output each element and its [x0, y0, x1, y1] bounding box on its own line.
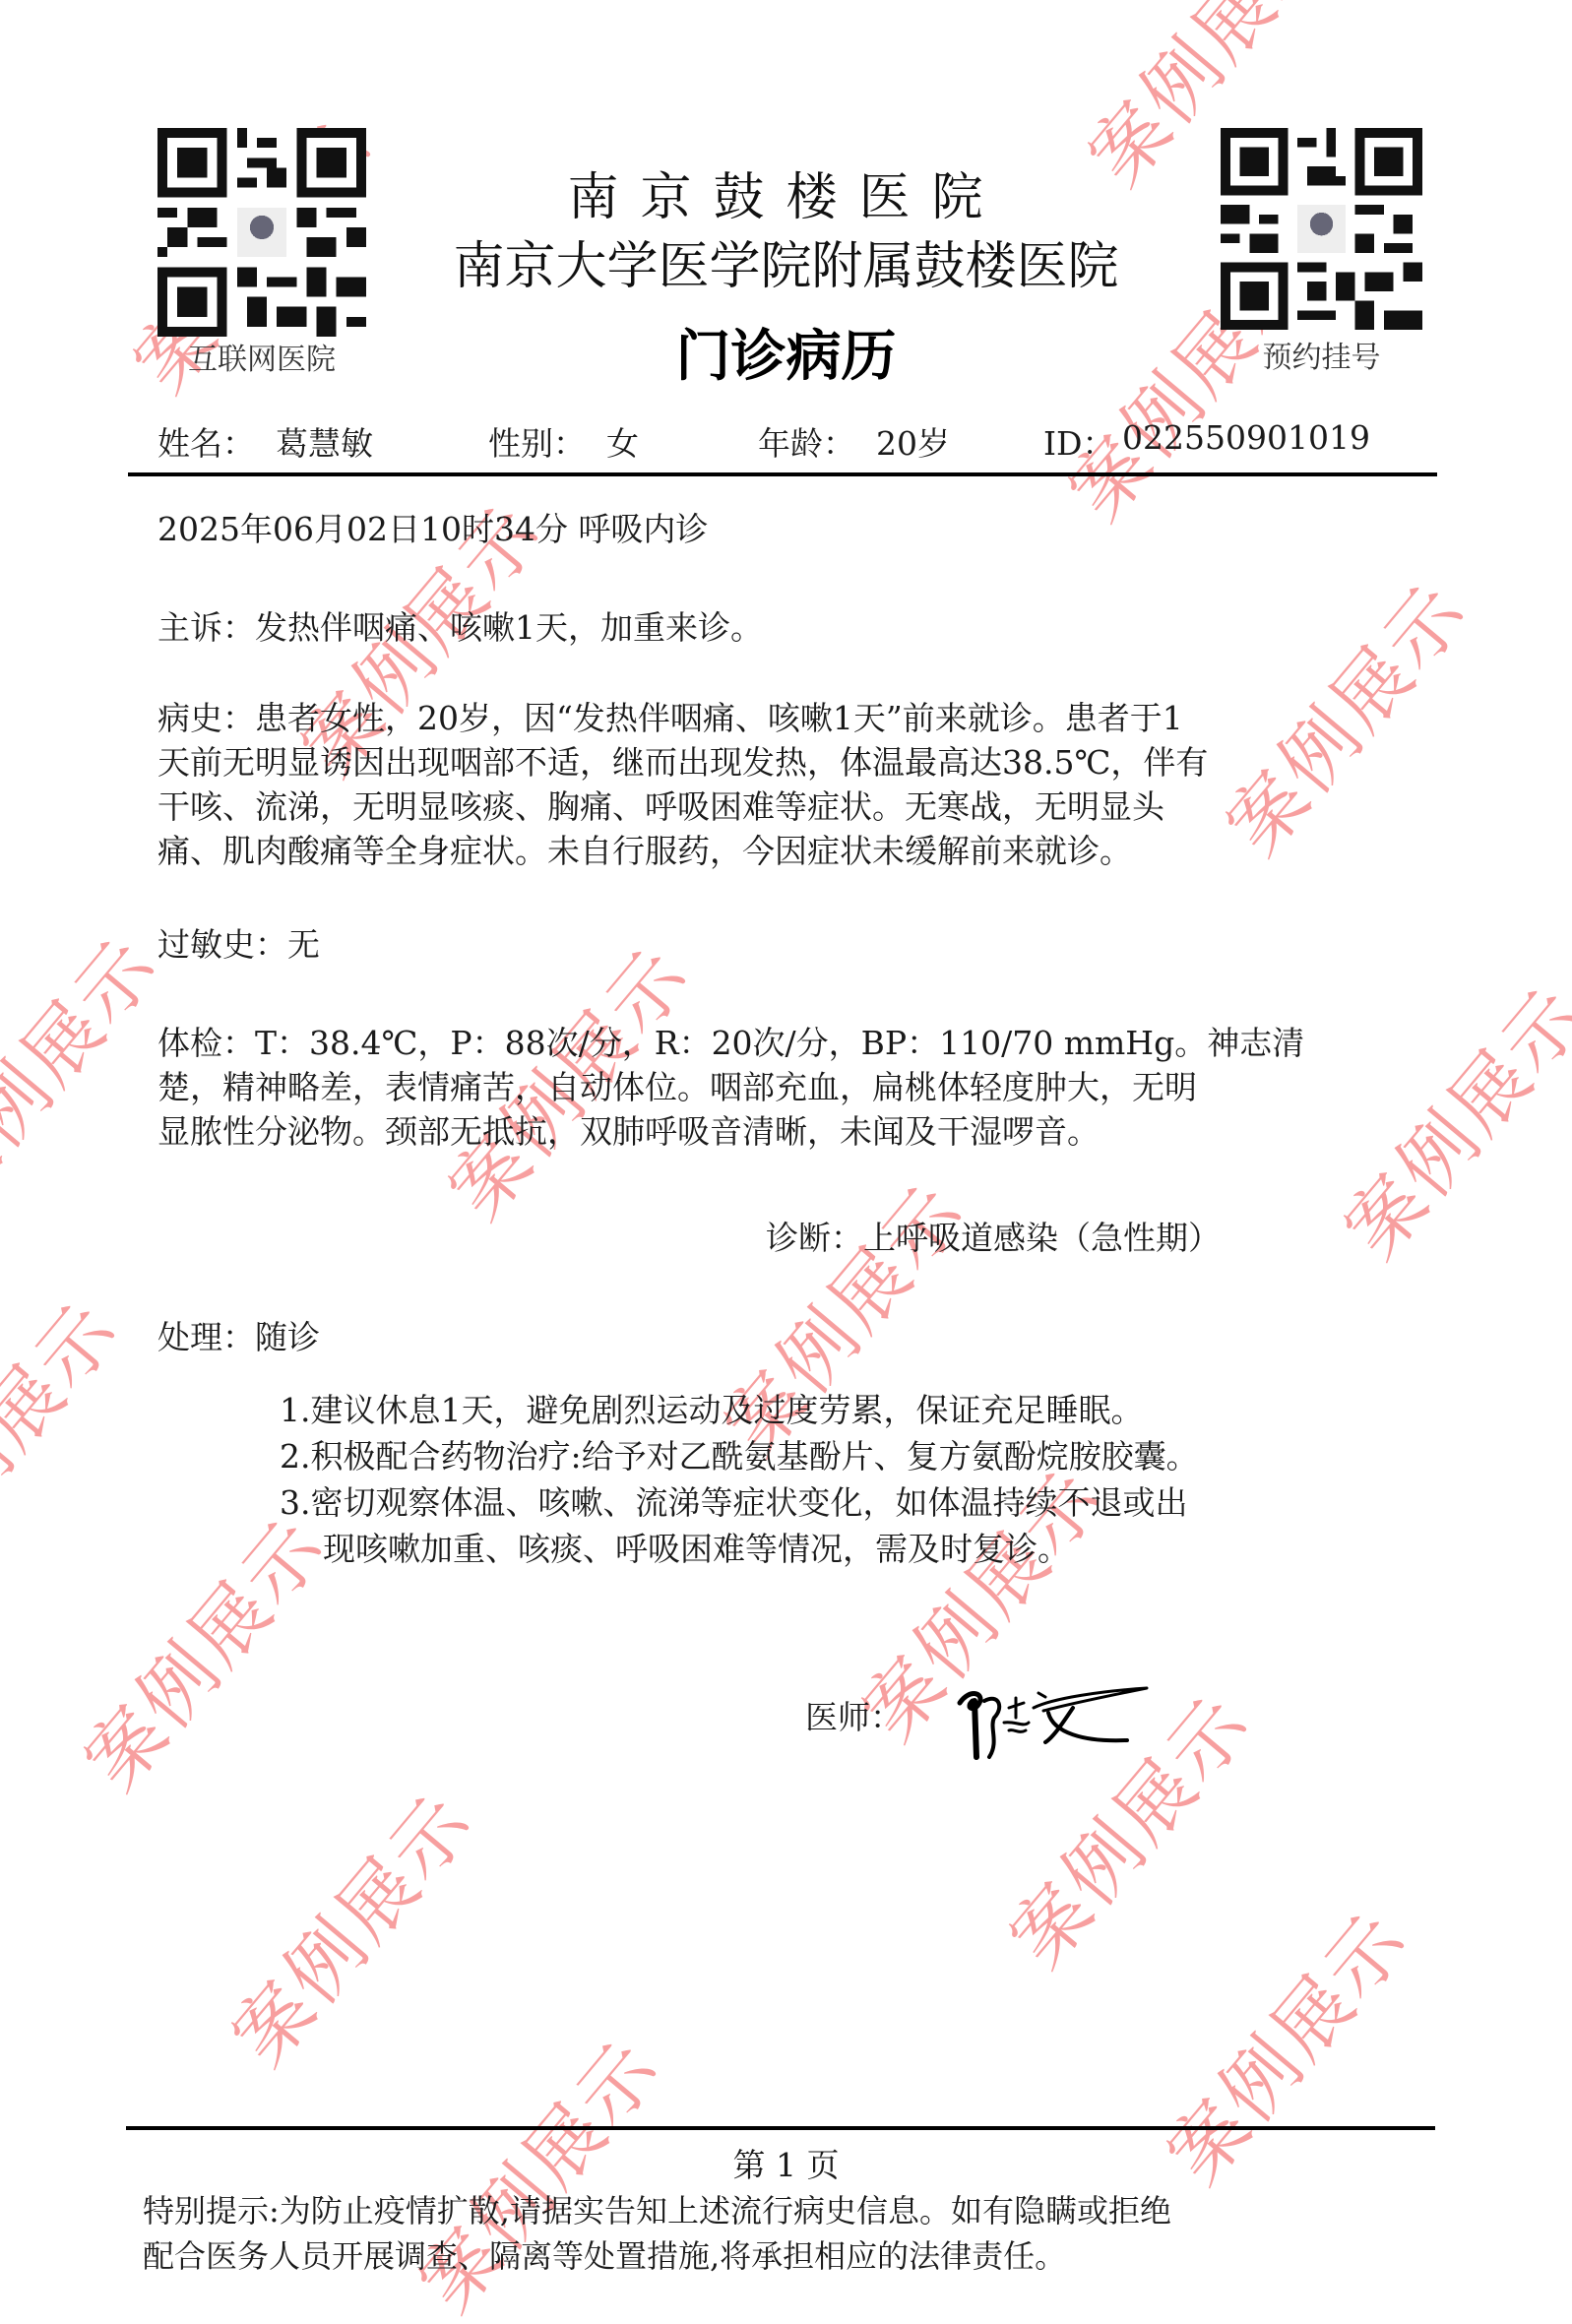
watermark: 案例展示	[203, 1766, 495, 2084]
notice-line: 配合医务人员开展调查、隔离等处置措施,将承担相应的法律责任。	[143, 2232, 1373, 2280]
history-line: 干咳、流涕，无明显咳痰、胸痛、呼吸困难等症状。无寒战，无明显头	[157, 783, 1417, 832]
diagnosis: 诊断：上呼吸道感染（急性期）	[766, 1214, 1221, 1263]
treatment-label: 处理：随诊	[157, 1313, 1417, 1362]
page-number: 第 1 页	[0, 2141, 1572, 2190]
hospital-name: 南京鼓楼医院	[0, 156, 1572, 229]
doctor-label: 医师：	[805, 1693, 903, 1742]
patient-age: 20岁	[876, 418, 950, 465]
treatment-item: 2.积极配合药物治疗:给予对乙酰氨基酚片、复方氨酚烷胺胶囊。	[280, 1432, 1199, 1481]
name-label: 姓名：	[157, 418, 255, 465]
history-line: 病史：患者女性，20岁，因“发热伴咽痛、咳嗽1天”前来就诊。患者于1	[157, 694, 1417, 743]
history-line: 天前无明显诱因出现咽部不适，继而出现发热，体温最高达38.5℃，伴有	[157, 738, 1417, 787]
exam-line: 体检：T：38.4℃，P：88次/分，R：20次/分，BP：110/70 mmH…	[157, 1019, 1417, 1068]
treatment-item: 1.建议休息1天，避免剧烈运动及过度劳累，保证充足睡眠。	[280, 1386, 1143, 1435]
age-label: 年龄：	[758, 418, 855, 465]
history-line: 痛、肌肉酸痛等全身症状。未自行服药，今因症状未缓解前来就诊。	[157, 827, 1417, 876]
exam-line: 显脓性分泌物。颈部无抵抗，双肺呼吸音清晰，未闻及干湿啰音。	[157, 1107, 1417, 1157]
id-label: ID：	[1043, 418, 1115, 465]
doctor-signature	[955, 1683, 1152, 1772]
patient-name: 葛慧敏	[276, 418, 373, 465]
patient-gender: 女	[606, 418, 639, 465]
chief-complaint: 主诉：发热伴咽痛、咳嗽1天，加重来诊。	[157, 603, 1417, 653]
treatment-item: 3.密切观察体温、咳嗽、流涕等症状变化，如体温持续不退或出	[280, 1478, 1188, 1528]
patient-id: 022550901019	[1122, 418, 1370, 457]
patient-info-row: 姓名： 葛慧敏 性别： 女 年龄： 20岁 ID： 022550901019	[157, 418, 1437, 468]
gender-label: 性别：	[488, 418, 586, 465]
watermark: 案例展示	[55, 1490, 347, 1808]
allergy-history: 过敏史：无	[157, 920, 1417, 970]
header-divider	[128, 472, 1437, 476]
visit-datetime-department: 2025年06月02日10时34分 呼吸内诊	[157, 505, 1417, 554]
treatment-item: 现咳嗽加重、咳痰、呼吸困难等情况，需及时复诊。	[323, 1525, 1070, 1574]
hospital-full-name: 南京大学医学院附属鼓楼医院	[0, 224, 1572, 298]
watermark: 案例展示	[0, 910, 179, 1227]
footer-divider	[126, 2126, 1435, 2130]
watermark: 案例展示	[0, 1274, 140, 1592]
notice-line: 特别提示:为防止疫情扩散,请据实告知上述流行病史信息。如有隐瞒或拒绝	[143, 2187, 1373, 2234]
document-title: 门诊病历	[0, 313, 1572, 392]
exam-line: 楚，精神略差，表情痛苦，自动体位。咽部充血，扁桃体轻度肿大，无明	[157, 1063, 1417, 1112]
